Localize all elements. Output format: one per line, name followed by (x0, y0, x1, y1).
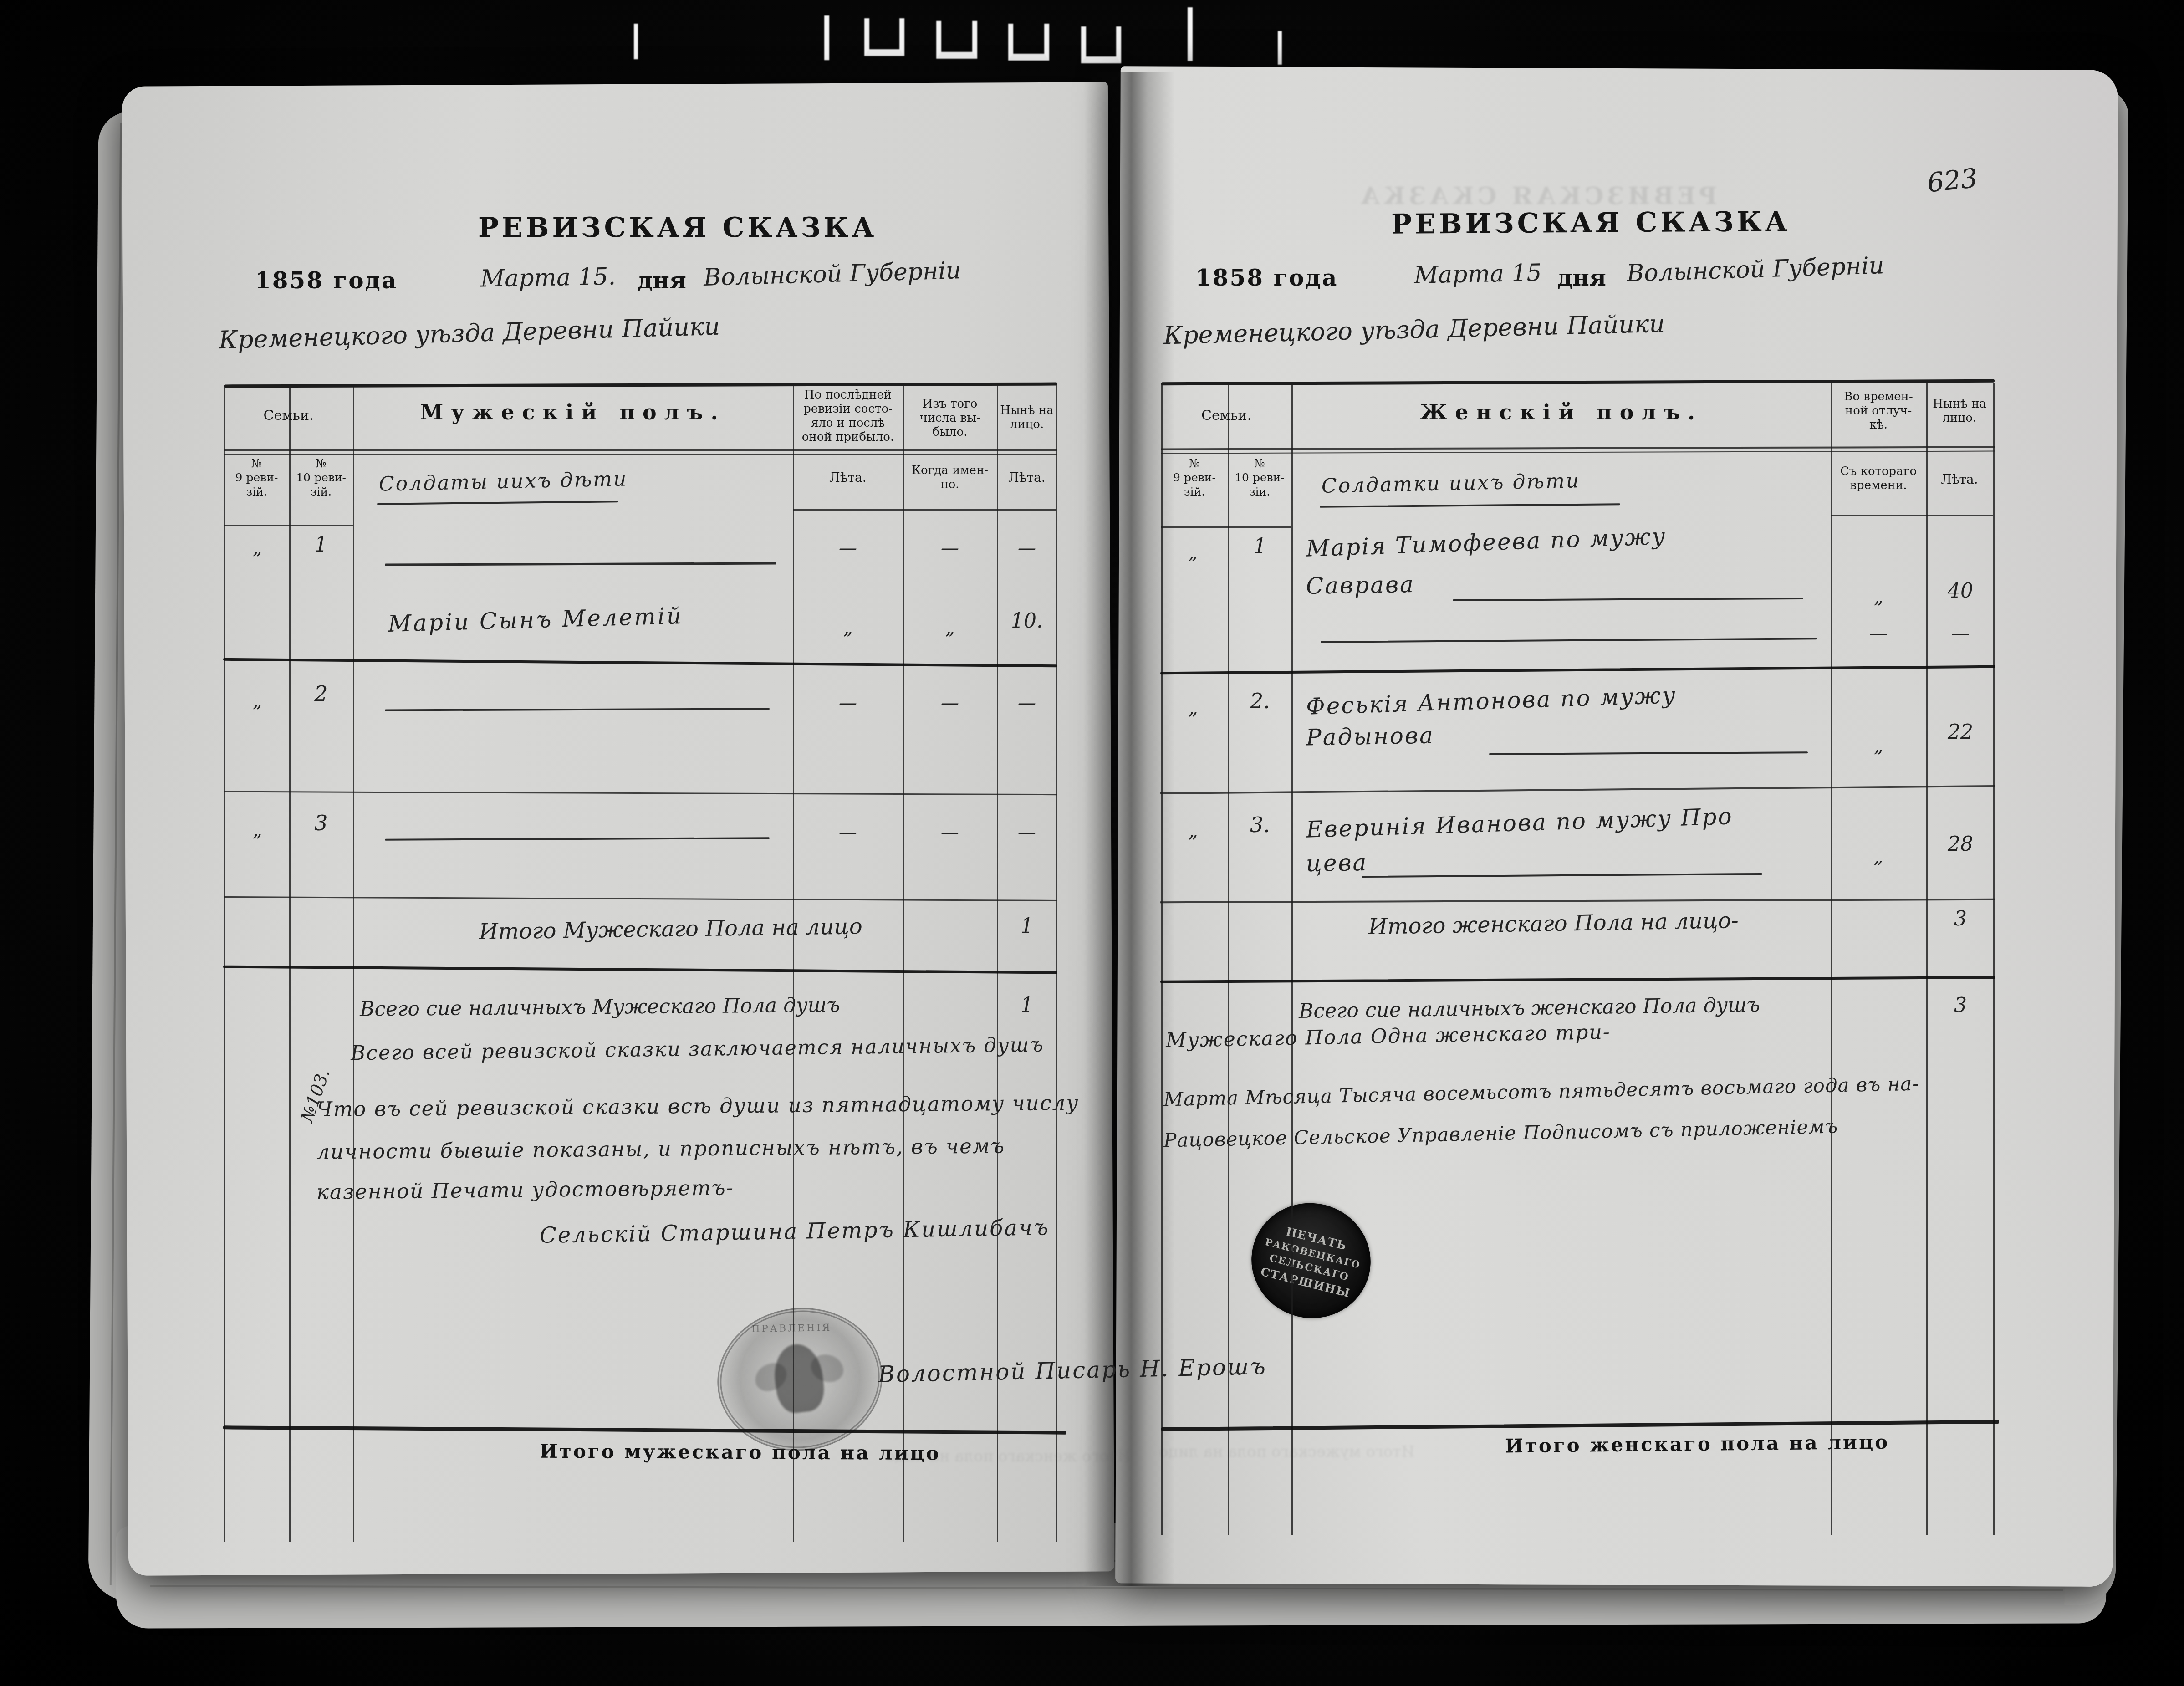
right-date-prefix: 1858 года (1195, 264, 1338, 291)
photo-scan: 623 РЕВИЗСКАЯ СКАЗКА Итого женскаго пола… (0, 0, 2184, 1686)
left-subheader-rule (793, 509, 1056, 511)
right-subheader-rule (1831, 515, 1993, 516)
faded-stamp-text: ПРАВЛЕНІЯ (751, 1322, 832, 1334)
right-row1-v2: 40 (1931, 579, 1990, 603)
right-dashrow-v1: — (1849, 623, 1908, 644)
left-total-value: 1 (1000, 915, 1054, 938)
right-row1-name-line2: Саврава (1306, 571, 1415, 599)
left-grand-value: 1 (1000, 994, 1054, 1017)
right-row2-name-line2: Радынова (1306, 722, 1435, 751)
left-row2-rev10: 2 (301, 681, 342, 706)
right-dashrow-v2: — (1931, 623, 1990, 644)
left-header-departed: Изъ того числа вы- было. (904, 397, 995, 439)
left-header-gender: Мужескій полъ. (353, 400, 793, 424)
left-title: РЕВИЗСКАЯ СКАЗКА (478, 212, 842, 244)
left-row3-v2: — (918, 822, 982, 843)
left-header-family: Семьи. (224, 408, 353, 424)
right-row1-v1: „ (1849, 587, 1908, 608)
left-total-label: Итого Мужескаго Пола на лицо (479, 914, 862, 945)
left-subheader-rev10: № 10 реви- зій. (291, 456, 351, 499)
right-footer-label: Итого женскаго пола на лицо (1505, 1431, 1890, 1457)
right-title: РЕВИЗСКАЯ СКАЗКА (1391, 206, 1765, 240)
left-row1b-v2: „ (918, 618, 982, 639)
folio-number: 623 (1926, 162, 1979, 198)
film-mark-icon (1188, 7, 1193, 61)
right-row2-rev9: „ (1173, 698, 1214, 719)
left-subheader-when: Когда имен- но. (904, 464, 995, 492)
left-row3-v3: — (1000, 822, 1054, 843)
right-subheader-since: Съ котораго времени. (1833, 465, 1924, 493)
bleedthrough-footer-ghost: Итого мужескаго пола на лицо (1159, 1443, 1415, 1461)
left-row2-v2: — (918, 692, 982, 713)
right-col-line (1228, 383, 1229, 1535)
right-header-present: Нынѣ на лицо. (1928, 397, 1991, 425)
right-subheader-rev9: № 9 реви- зій. (1163, 456, 1226, 499)
left-subheader-rev9: № 9 реви- зій. (226, 456, 287, 499)
certification-line4: казенной Печати удостовѣряетъ- (316, 1175, 734, 1204)
left-header-last-revision: По послѣдней ревизіи состо- яло и послѣ … (795, 388, 901, 444)
right-row1-rev9: „ (1173, 542, 1214, 563)
left-row1-v2: — (918, 537, 982, 558)
left-row2-v3: — (1000, 692, 1054, 713)
right-header-absence: Во времен- ной отлуч- кѣ. (1833, 390, 1924, 432)
right-header-family: Семьи. (1161, 408, 1291, 424)
bleedthrough-title-ghost: РЕВИЗСКАЯ СКАЗКА (1357, 182, 1717, 210)
left-row3-v1: — (816, 822, 880, 843)
film-mark-icon (634, 24, 638, 59)
right-row2-v2: 22 (1931, 720, 1990, 744)
left-row1b-v3: 10. (1000, 609, 1054, 633)
right-row2-v1: „ (1849, 736, 1908, 756)
left-col-line (353, 385, 354, 1542)
right-header-gender: Женскій полъ. (1291, 400, 1831, 424)
film-counter-digit-icon (1008, 24, 1049, 61)
right-subheader-years: Лѣта. (1928, 472, 1991, 487)
left-subheader-years-a: Лѣта. (795, 470, 901, 485)
right-col-line (1926, 383, 1928, 1535)
film-counter-digit-icon (864, 18, 904, 56)
right-col-line (1831, 383, 1832, 1535)
right-subheader-rule (1161, 526, 1291, 528)
left-row1-rev10: 1 (301, 532, 342, 557)
left-col-line (289, 385, 291, 1542)
right-col-line (1291, 383, 1293, 1535)
right-row3-name-line2: цева (1306, 849, 1368, 877)
left-row3-rev9: „ (237, 820, 278, 841)
right-col-line (1993, 383, 1995, 1535)
left-row2-v1: — (816, 692, 880, 713)
left-date-prefix: 1858 года (255, 267, 398, 294)
right-row3-rev10: 3. (1240, 812, 1281, 837)
right-total-value: 3 (1931, 907, 1990, 930)
film-mark-icon (1278, 31, 1282, 65)
left-row1-v3: — (1000, 537, 1054, 558)
right-grand-value: 3 (1931, 994, 1990, 1017)
right-row3-v2: 28 (1931, 833, 1990, 856)
right-date-handwritten: Марта 15 (1413, 259, 1542, 289)
right-subheader-rev10: № 10 реви- зіи. (1230, 456, 1290, 499)
left-header-rule2 (224, 454, 1057, 455)
left-header-rule (224, 449, 1057, 451)
film-mark-icon (824, 15, 829, 60)
right-row1-rev10: 1 (1240, 534, 1281, 558)
left-subheader-rule (224, 525, 353, 526)
left-row1-rev9: „ (237, 537, 278, 558)
right-row3-rev9: „ (1173, 821, 1214, 842)
right-row3-v1: „ (1849, 846, 1908, 867)
left-row1-v1: — (816, 537, 880, 558)
right-col-line (1161, 383, 1163, 1535)
right-row2-rev10: 2. (1240, 689, 1281, 713)
left-subheader-years-b: Лѣта. (998, 470, 1056, 485)
film-counter-digit-icon (936, 21, 977, 59)
left-row1b-v1: „ (816, 618, 880, 639)
left-grand-label: Всего сие наличныхъ Мужескаго Пола душъ (360, 993, 840, 1021)
left-header-present: Нынѣ на лицо. (998, 404, 1056, 432)
left-row2-rev9: „ (237, 690, 278, 711)
left-date-day-label: дня (638, 267, 686, 294)
right-date-day-label: дня (1557, 264, 1606, 291)
left-row3-rev10: 3 (301, 811, 342, 835)
left-footer-label: Итого мужескаго пола на лицо (540, 1440, 941, 1465)
left-date-handwritten: Марта 15. (480, 263, 616, 292)
left-col-line (224, 385, 225, 1542)
film-counter-digit-icon (1081, 26, 1121, 63)
